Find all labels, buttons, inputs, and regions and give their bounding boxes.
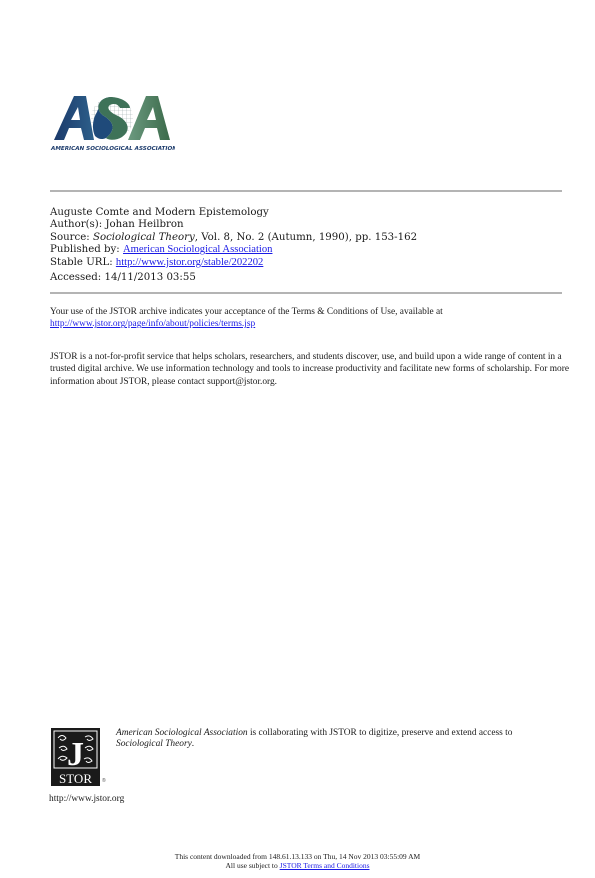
- svg-text:J: J: [67, 736, 84, 773]
- source-details: , Vol. 8, No. 2 (Autumn, 1990), pp. 153-…: [195, 232, 417, 243]
- publisher-line: Published by: American Sociological Asso…: [50, 244, 272, 257]
- publisher-link[interactable]: American Sociological Association: [123, 244, 272, 255]
- svg-text:STOR: STOR: [59, 771, 92, 786]
- collab-text: is collaborating with JSTOR to digitize,…: [248, 728, 513, 738]
- subject-to-text: All use subject to: [225, 861, 279, 870]
- jstor-terms-link[interactable]: JSTOR Terms and Conditions: [280, 861, 370, 870]
- accessed-label: Accessed:: [50, 272, 101, 283]
- stable-url-label: Stable URL:: [50, 257, 113, 268]
- terms-notice: Your use of the JSTOR archive indicates …: [50, 306, 570, 331]
- terms-footer-line: All use subject to JSTOR Terms and Condi…: [0, 861, 595, 870]
- stable-url-link[interactable]: http://www.jstor.org/stable/202202: [116, 257, 263, 268]
- journal-name: Sociological Theory: [93, 232, 195, 243]
- author-label: Author(s):: [50, 219, 102, 230]
- accessed-line: Accessed: 14/11/2013 03:55: [50, 272, 196, 285]
- terms-link[interactable]: http://www.jstor.org/page/info/about/pol…: [50, 319, 255, 329]
- collaboration-statement: American Sociological Association is col…: [116, 728, 556, 750]
- terms-text: Your use of the JSTOR archive indicates …: [50, 307, 443, 317]
- asa-logo: AMERICAN SOCIOLOGICAL ASSOCIATION: [50, 90, 175, 152]
- download-footer: This content downloaded from 148.61.13.1…: [0, 852, 595, 870]
- accessed-date: 14/11/2013 03:55: [105, 272, 196, 283]
- source-label: Source:: [50, 232, 90, 243]
- collab-period: .: [192, 739, 194, 749]
- jstor-about: JSTOR is a not-for-profit service that h…: [50, 351, 570, 388]
- published-label: Published by:: [50, 244, 120, 255]
- collab-publisher: American Sociological Association: [116, 728, 248, 738]
- article-title: Auguste Comte and Modern Epistemology: [50, 207, 269, 220]
- source-line: Source: Sociological Theory, Vol. 8, No.…: [50, 232, 417, 245]
- author-name: Johan Heilbron: [105, 219, 183, 230]
- divider-top: [50, 190, 562, 192]
- jstor-url[interactable]: http://www.jstor.org: [49, 794, 124, 804]
- svg-text:AMERICAN SOCIOLOGICAL ASSOCIAT: AMERICAN SOCIOLOGICAL ASSOCIATION: [50, 146, 175, 152]
- jstor-logo[interactable]: J STOR: [51, 728, 100, 786]
- download-info: This content downloaded from 148.61.13.1…: [0, 852, 595, 861]
- registered-mark: ®: [102, 778, 106, 784]
- divider-bottom: [50, 292, 562, 294]
- stable-url-line: Stable URL: http://www.jstor.org/stable/…: [50, 257, 263, 270]
- author-line: Author(s): Johan Heilbron: [50, 219, 184, 232]
- collab-journal: Sociological Theory: [116, 739, 192, 749]
